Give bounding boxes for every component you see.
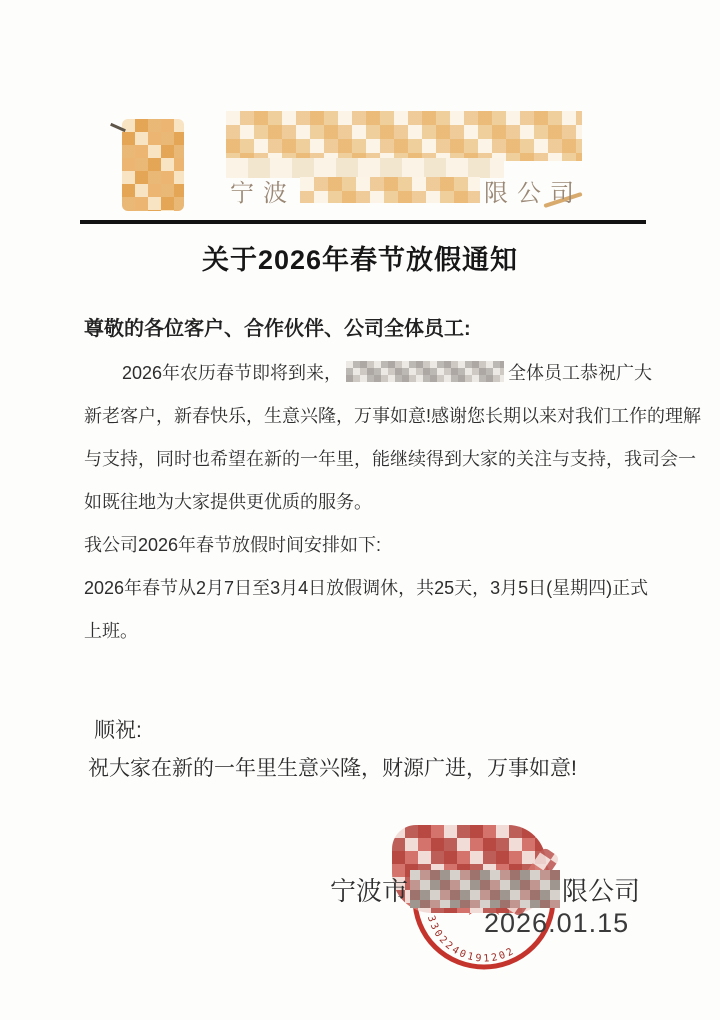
notice-title: 关于2026年春节放假通知 [0,238,720,277]
signature-company-name: 宁波市 限公司 [330,870,640,908]
signature-redaction-mosaic [410,870,560,908]
body-line-1-pre: 2026年农历春节即将到来， [122,363,342,383]
body-line-7: 上班。 [84,610,640,653]
signature-company-prefix: 宁波市 [330,871,408,908]
body-line-2: 新老客户，新春快乐，生意兴隆，万事如意!感谢您长期以来对我们工作的理解 [84,395,640,438]
signature-company-suffix: 限公司 [562,871,640,908]
holiday-notice-document: { "colors": { "accent_tan": "#e8b26a", "… [0,0,720,1020]
closing-wish: 祝大家在新的一年里生意兴隆，财源广进，万事如意! [88,752,577,782]
letterhead-company-prefix: 宁波 [230,173,296,208]
letterhead-redaction-mosaic [300,177,480,203]
logo-redacted-wordmark [226,111,582,161]
salutation-line: 尊敬的各位客户、合作伙伴、公司全体员工: [84,312,471,341]
body-line-5: 我公司2026年春节放假时间安排如下: [84,524,640,567]
header-divider-rule [80,220,646,224]
closing-label: 顺祝: [94,714,142,744]
letterhead-company-suffix: 限公司 [484,173,583,208]
body-line-4: 如既往地为大家提供更优质的服务。 [84,481,640,524]
notice-body: 2026年农历春节即将到来，全体员工恭祝广大 新老客户，新春快乐，生意兴隆，万事… [84,352,640,653]
letterhead-company-name: 宁波 限公司 [230,174,583,206]
body-line-1-post: 全体员工恭祝广大 [508,363,652,383]
body-line-6: 2026年春节从2月7日至3月4日放假调休，共25天，3月5日(星期四)正式 [84,567,640,610]
notice-date: 2026.01.15 [484,908,629,939]
body-line-1: 2026年农历春节即将到来，全体员工恭祝广大 [84,352,640,395]
company-logo-icon [122,119,184,211]
body-line-3: 与支持，同时也希望在新的一年里，能继续得到大家的关注与支持，我司会一 [84,438,640,481]
body-redaction-mosaic [346,361,504,382]
